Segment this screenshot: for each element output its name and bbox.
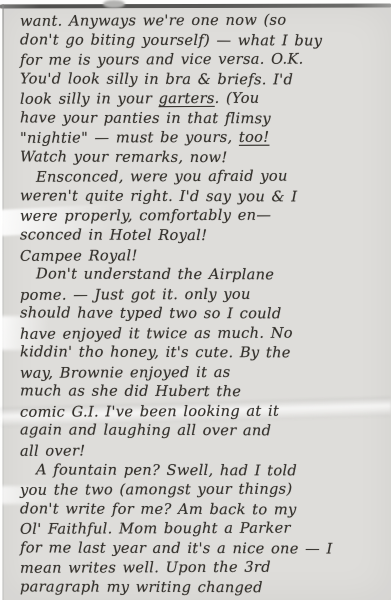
- paper-left-edge-shadow: [2, 4, 4, 600]
- handwriting-line: You'd look silly in bra & briefs. I'd: [20, 69, 380, 90]
- handwriting-line: want. Anyways we're one now (so: [20, 10, 380, 31]
- scan-smudge: [103, 0, 125, 8]
- handwriting-line: kiddin' tho honey, it's cute. By the: [20, 343, 380, 364]
- handwriting-line: weren't quite right. I'd say you & I: [20, 186, 380, 207]
- handwriting-line: again and laughing all over and: [20, 421, 380, 442]
- handwriting-line: you the two (amongst your things): [20, 479, 380, 500]
- handwriting-line: mean writes well. Upon the 3rd: [20, 558, 380, 579]
- handwriting-line: pome. — Just got it. only you: [20, 284, 380, 305]
- scanned-letter-page: want. Anyways we're one now (sodon't go …: [0, 0, 391, 600]
- handwriting-line: much as she did Hubert the: [20, 382, 380, 403]
- handwriting-line: were properly, comfortably en—: [20, 206, 380, 227]
- handwriting-line: Watch your remarks, now!: [20, 147, 380, 168]
- handwriting-line: Don't understand the Airplane: [20, 264, 380, 285]
- handwriting-line: should have typed two so I could: [20, 304, 380, 325]
- handwriting-line: "nightie" — must be yours, too!: [20, 127, 380, 148]
- handwriting-line: have your panties in that flimsy: [20, 108, 380, 129]
- handwriting-line: Campee Royal!: [20, 245, 380, 266]
- handwriting-line: for me is yours and vice versa. O.K.: [20, 49, 380, 70]
- handwriting-line: don't write for me? Am back to my: [20, 499, 380, 520]
- handwriting-line: for me last year and it's a nice one — I: [20, 538, 380, 559]
- letter-lines: want. Anyways we're one now (sodon't go …: [20, 11, 380, 597]
- handwriting-line: don't go biting yourself) — what I buy: [20, 30, 380, 51]
- handwriting-line: A fountain pen? Swell, had I told: [20, 460, 380, 481]
- handwriting-line: way, Brownie enjoyed it as: [20, 362, 380, 383]
- handwriting-line: sconced in Hotel Royal!: [20, 225, 380, 246]
- handwriting-line: comic G.I. I've been looking at it: [20, 401, 380, 422]
- handwriting-line: look silly in your garters. (You: [20, 88, 380, 109]
- handwriting-line: paragraph my writing changed: [20, 577, 380, 598]
- handwriting-line: Ensconced, were you afraid you: [20, 167, 380, 188]
- handwriting-line: have enjoyed it twice as much. No: [20, 323, 380, 344]
- handwriting-line: all over!: [20, 440, 380, 461]
- handwriting-line: Ol' Faithful. Mom bought a Parker: [20, 518, 380, 539]
